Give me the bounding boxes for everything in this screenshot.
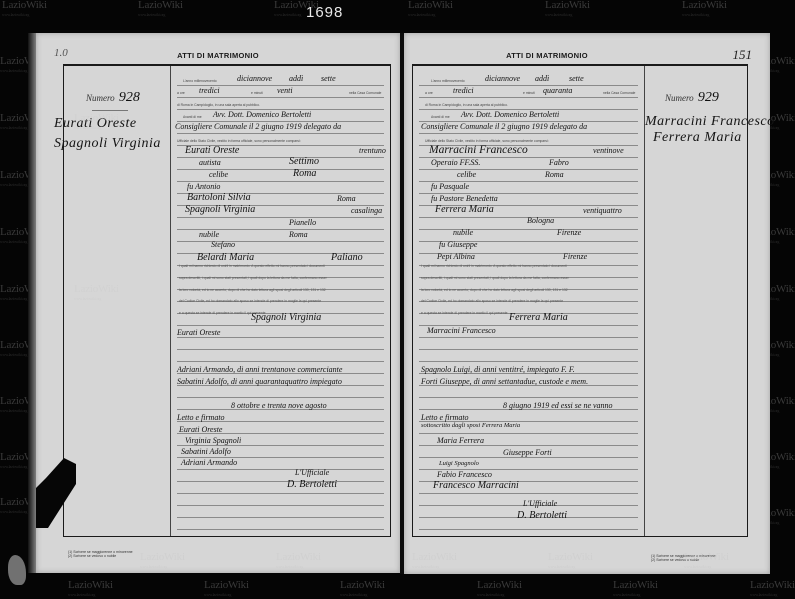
handwritten-field: Consigliere Comunale il 2 giugno 1919 de…	[421, 122, 587, 131]
signature: Giuseppe Forti	[503, 448, 552, 457]
stamp-number: 1698	[306, 4, 343, 21]
right-page: 151 ATTI DI MATRIMONIO L'anno millenovec…	[404, 33, 770, 574]
watermark: LazioWikiwww.laziowiki.org	[138, 0, 183, 20]
witness-2: Sabatini Adolfo, di anni quarantaquattro…	[177, 377, 342, 386]
bride-name: Spagnoli Virginia	[185, 204, 255, 215]
spouse-1-name: Marracini Francesco	[645, 114, 775, 130]
witness-1: Spagnolo Luigi, di anni ventitré, impieg…	[421, 365, 575, 374]
handwritten-field: fu Pastore Benedetta	[431, 194, 498, 203]
handwritten-field: fu Pasquale	[431, 182, 469, 191]
watermark: LazioWikiwww.laziowiki.org	[2, 0, 47, 20]
footnote: (1) Scrivere se maggiorenne o minorenne(…	[68, 550, 133, 558]
watermark: LazioWikiwww.laziowiki.org	[684, 552, 729, 572]
thumb-shadow	[36, 458, 76, 528]
witness-1: Adriani Armando, di anni trentanove comm…	[177, 365, 342, 374]
spouse-2-name: Ferrera Maria	[653, 130, 742, 146]
signature: Fabio Francesco	[437, 470, 492, 479]
handwritten-field: celibe	[457, 170, 476, 179]
watermark: LazioWikiwww.laziowiki.org	[412, 552, 457, 572]
handwritten-field: Operaio FF.SS.	[431, 158, 480, 167]
watermark: LazioWikiwww.laziowiki.org	[545, 0, 590, 20]
handwritten-field: celibe	[209, 170, 228, 179]
handwritten-field: sette	[569, 74, 584, 83]
signature: Francesco Marracini	[433, 480, 519, 491]
officer-signature: D. Bertoletti	[517, 510, 567, 521]
handwritten-field: fu Antonio	[187, 182, 220, 191]
handwritten-field: Pianello	[289, 218, 316, 227]
handwritten-field: addì	[289, 74, 303, 83]
act-body: L'anno millenovecento diciannove addì se…	[171, 66, 390, 536]
groom-name: Eurati Oreste	[185, 145, 239, 156]
watermark: LazioWikiwww.laziowiki.org	[613, 580, 658, 599]
handwritten-field: diciannove	[485, 74, 520, 83]
handwritten-field: autista	[199, 158, 221, 167]
handwritten-field: venti	[277, 86, 293, 95]
handwritten-field: ventinove	[593, 146, 624, 155]
act-body: L'anno millenovecento diciannove addì se…	[413, 66, 644, 536]
watermark: LazioWikiwww.laziowiki.org	[548, 552, 593, 572]
consent-bride: Spagnoli Virginia	[251, 312, 321, 323]
signature: Sabatini Adolfo	[181, 447, 231, 456]
handwritten-field: tredici	[199, 86, 220, 95]
handwritten-field: Roma	[289, 230, 308, 239]
consent-groom: Marracini Francesco	[427, 326, 496, 335]
date-line: 8 giugno 1919 ed essi se ne vanno	[503, 401, 613, 410]
act-number: Numero 928	[86, 90, 140, 106]
spouse-2-name: Spagnoli Virginia	[54, 136, 161, 152]
handwritten-field: nubile	[199, 230, 219, 239]
watermark: LazioWikiwww.laziowiki.org	[340, 580, 385, 599]
handwritten-field: Roma	[545, 170, 564, 179]
handwritten-field: Firenze	[563, 252, 587, 261]
handwritten-field: Settimo	[289, 156, 319, 167]
handwritten-field: diciannove	[237, 74, 272, 83]
act-number: Numero 929	[665, 90, 719, 106]
page-header: ATTI DI MATRIMONIO	[364, 51, 730, 60]
handwritten-field: Avv. Dott. Domenico Bertoletti	[213, 110, 311, 119]
margin-column: Numero 929 Marracini Francesco Ferrera M…	[644, 66, 747, 536]
watermark: LazioWikiwww.laziowiki.org	[74, 113, 119, 133]
witness-2: Forti Giuseppe, di anni settantadue, cus…	[421, 377, 588, 386]
signature: Luigi Spagnolo	[439, 460, 479, 467]
handwritten-field: Pepi Albina	[437, 252, 475, 261]
watermark: LazioWikiwww.laziowiki.org	[682, 0, 727, 20]
handwritten-field: Avv. Dott. Domenico Bertoletti	[461, 110, 559, 119]
signature: Virginia Spagnoli	[185, 436, 241, 445]
consent-bride: Ferrera Maria	[509, 312, 568, 323]
signature: Eurati Oreste	[179, 425, 222, 434]
watermark: LazioWikiwww.laziowiki.org	[477, 580, 522, 599]
bride-name: Ferrera Maria	[435, 204, 494, 215]
handwritten-field: addì	[535, 74, 549, 83]
paper-tear	[8, 555, 26, 585]
folio-number: 151	[733, 47, 753, 63]
closing-extra: sottoscritto dagli sposi Ferrera Maria	[421, 422, 520, 429]
handwritten-field: nubile	[453, 228, 473, 237]
handwritten-field: Bologna	[527, 216, 554, 225]
handwritten-field: Roma	[337, 194, 356, 203]
handwritten-field: fu Giuseppe	[439, 240, 477, 249]
watermark: LazioWikiwww.laziowiki.org	[408, 0, 453, 20]
watermark: LazioWikiwww.laziowiki.org	[204, 580, 249, 599]
register-frame: L'anno millenovecento diciannove addì se…	[412, 64, 748, 537]
date-line: 8 ottobre e trenta nove agosto	[231, 401, 327, 410]
officer-title: L'Ufficiale	[523, 499, 557, 508]
handwritten-field: casalinga	[351, 206, 382, 215]
watermark: LazioWikiwww.laziowiki.org	[276, 552, 321, 572]
consent-groom: Eurati Oreste	[177, 328, 220, 337]
handwritten-field: trentuno	[359, 146, 386, 155]
officer-title: L'Ufficiale	[295, 468, 329, 477]
watermark: LazioWikiwww.laziowiki.org	[68, 580, 113, 599]
watermark: LazioWikiwww.laziowiki.org	[140, 552, 185, 572]
handwritten-field: Firenze	[557, 228, 581, 237]
handwritten-field: sette	[321, 74, 336, 83]
handwritten-field: ventiquattro	[583, 206, 622, 215]
signature: Adriani Armando	[181, 458, 237, 467]
closing-text: Letto e firmato	[177, 413, 225, 422]
handwritten-field: Stefano	[211, 240, 235, 249]
handwritten-field: quaranta	[543, 86, 572, 95]
handwritten-field: tredici	[453, 86, 474, 95]
handwritten-field: Fabro	[549, 158, 569, 167]
officer-signature: D. Bertoletti	[287, 479, 337, 490]
watermark: LazioWikiwww.laziowiki.org	[74, 284, 119, 304]
handwritten-field: Bartoloni Silvia	[187, 192, 251, 203]
closing-text: Letto e firmato	[421, 413, 469, 422]
handwritten-field: Roma	[293, 168, 316, 179]
signature: Maria Ferrera	[437, 436, 484, 445]
watermark: LazioWikiwww.laziowiki.org	[750, 580, 795, 599]
divider	[92, 110, 128, 111]
groom-name: Marracini Francesco	[429, 144, 528, 156]
handwritten-field: Consigliere Comunale il 2 giugno 1919 de…	[175, 122, 341, 131]
page-header: ATTI DI MATRIMONIO	[36, 51, 400, 60]
